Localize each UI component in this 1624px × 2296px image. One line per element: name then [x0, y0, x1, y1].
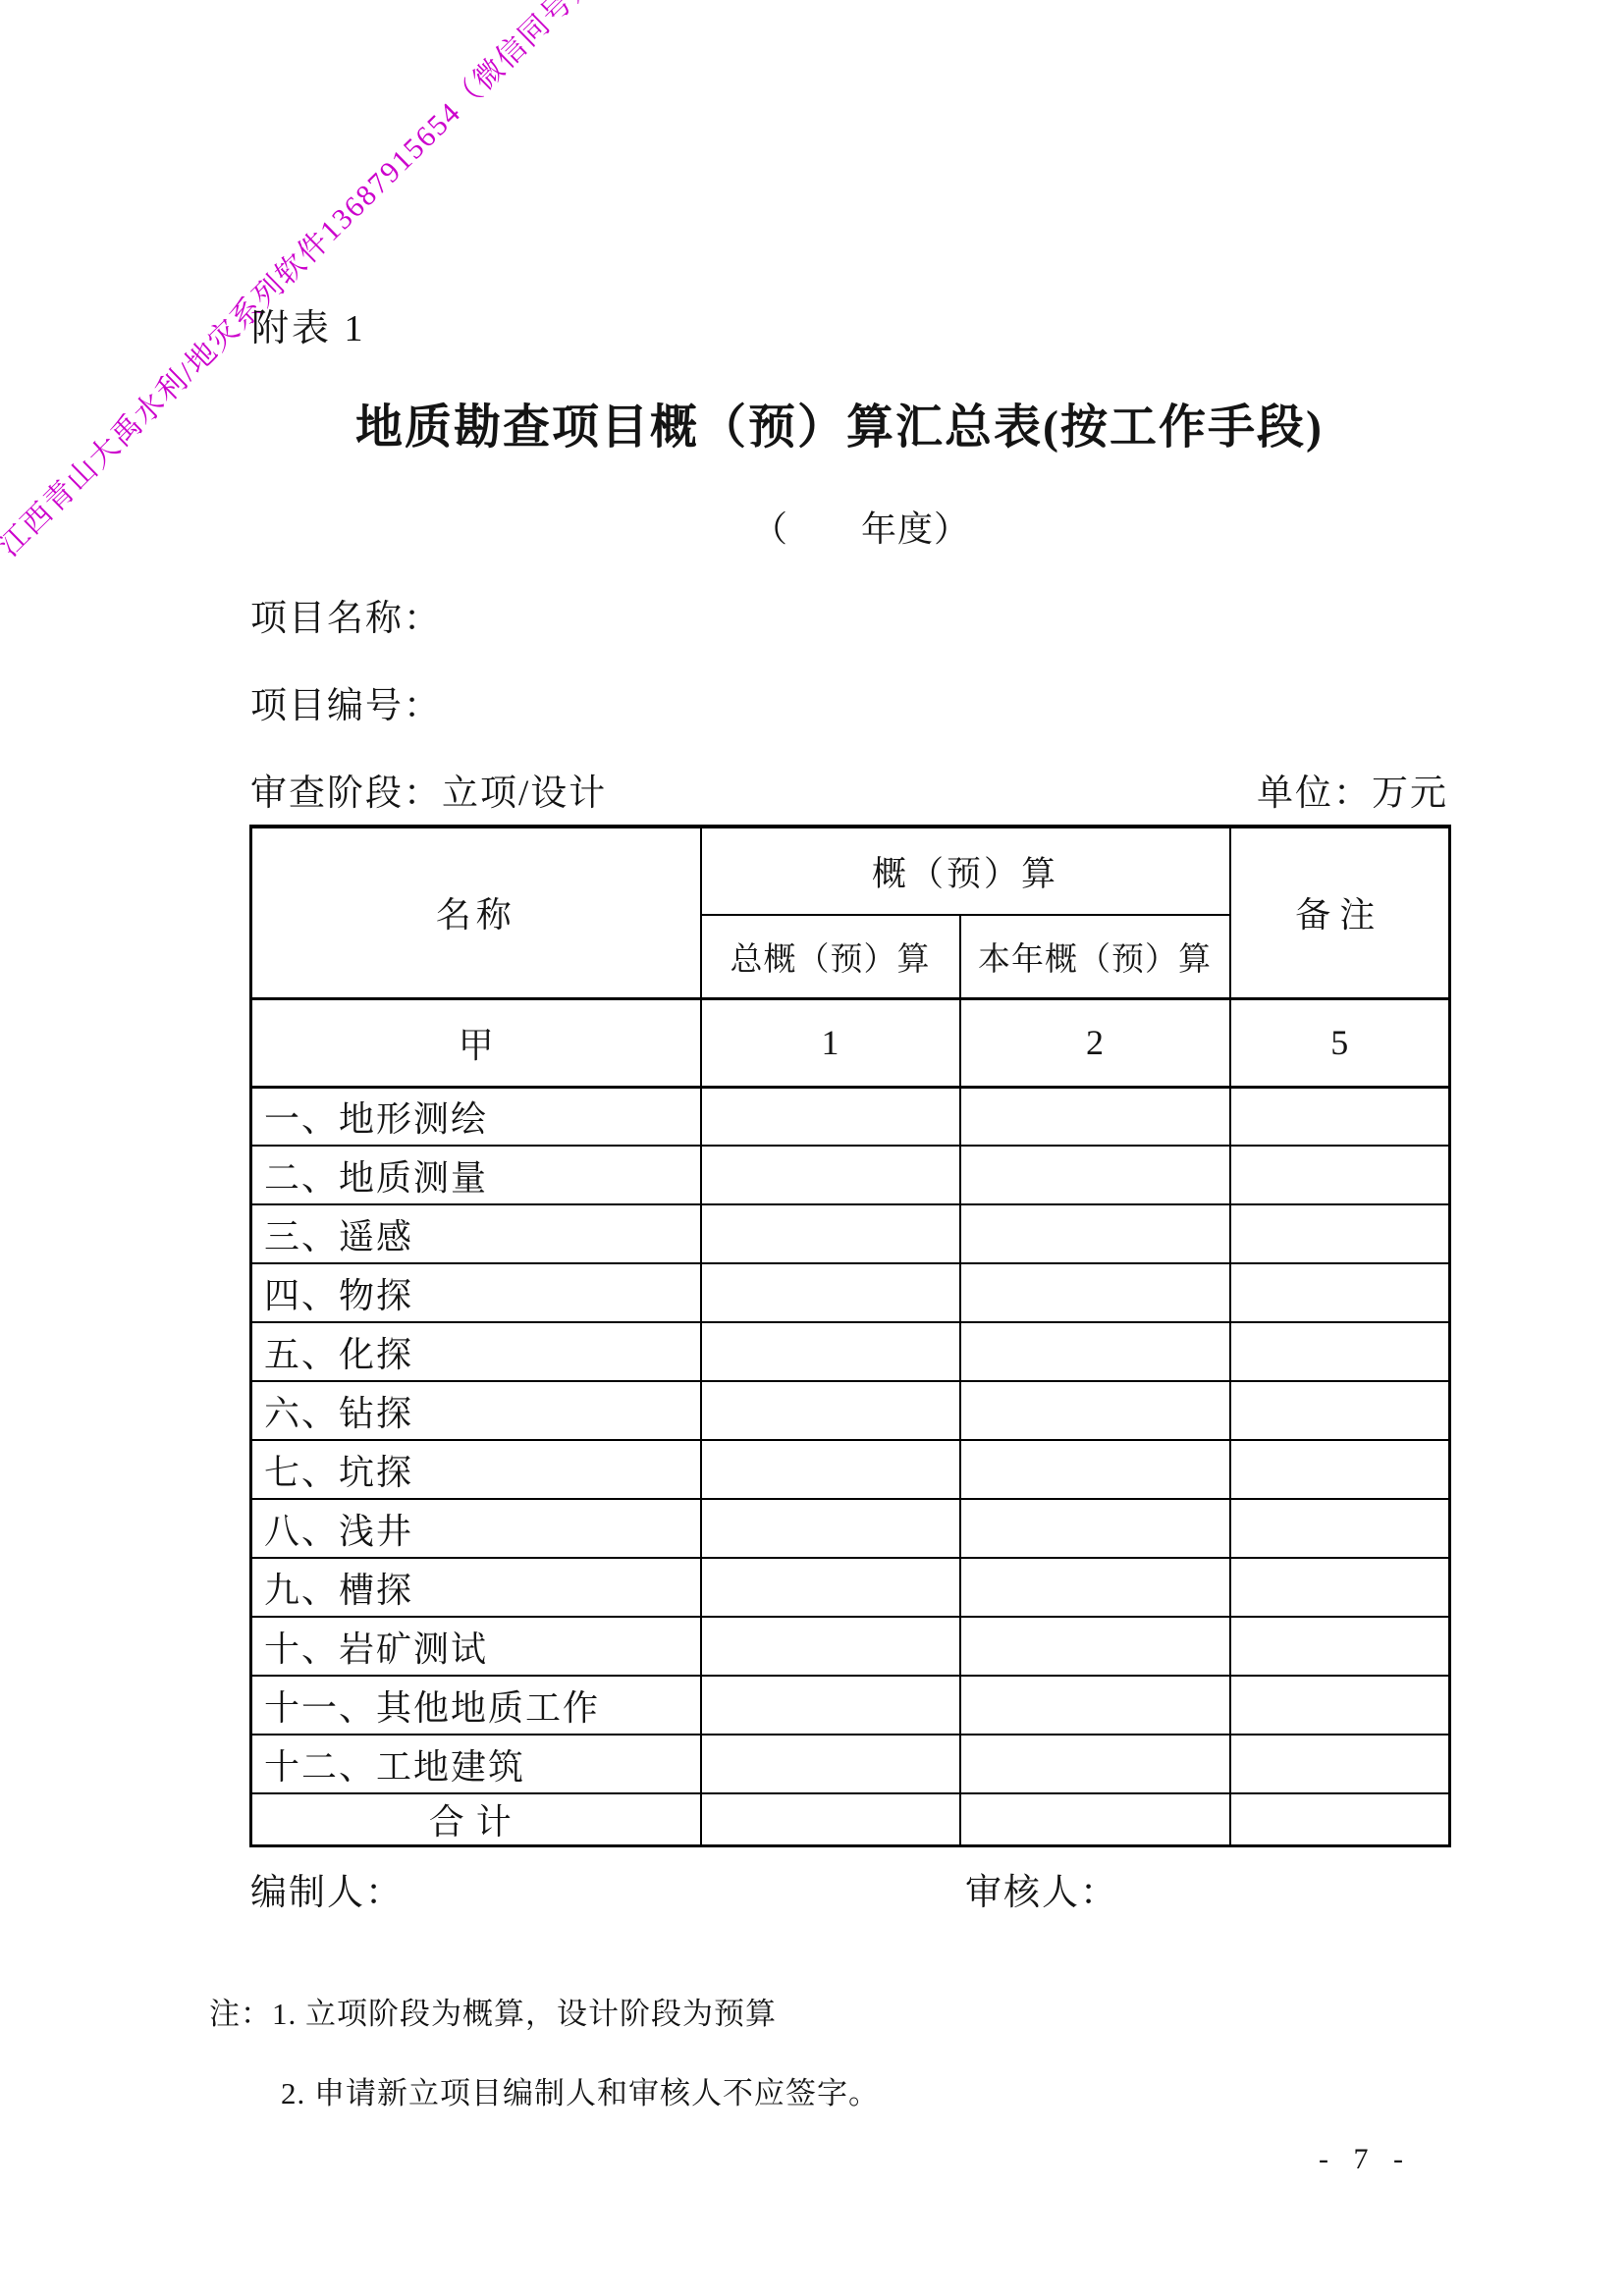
cell-empty — [960, 1263, 1230, 1322]
annex-label: 附表 1 — [251, 297, 366, 351]
cell-empty — [1230, 1558, 1450, 1617]
cell-empty — [1230, 1087, 1450, 1146]
code-cell-remark: 5 — [1230, 998, 1450, 1087]
cell-empty — [1230, 1263, 1450, 1322]
cell-empty — [960, 1381, 1230, 1440]
row-label: 六、钻探 — [251, 1381, 701, 1440]
cell-empty — [960, 1440, 1230, 1499]
cell-empty — [1230, 1735, 1450, 1793]
document-page: 江西青山大禹水利/地灾系列软件13687915654（微信同号） 附表 1 地质… — [0, 0, 1624, 2296]
table-row: 五、化探 — [251, 1322, 1450, 1381]
table-row: 四、物探 — [251, 1263, 1450, 1322]
row-label: 二、地质测量 — [251, 1146, 701, 1204]
cell-empty — [701, 1499, 960, 1558]
cell-empty — [960, 1499, 1230, 1558]
row-label: 五、化探 — [251, 1322, 701, 1381]
project-code-label: 项目编号： — [250, 675, 442, 728]
row-label: 三、遥感 — [251, 1204, 701, 1263]
cell-empty — [960, 1087, 1230, 1146]
cell-empty — [701, 1146, 960, 1204]
table-row: 三、遥感 — [251, 1204, 1450, 1263]
watermark-text: 江西青山大禹水利/地灾系列软件13687915654（微信同号） — [0, 0, 604, 564]
note-line-1: 注：1. 立项阶段为概算，设计阶段为预算 — [209, 1989, 777, 2033]
row-label: 四、物探 — [251, 1263, 701, 1322]
table-row: 八、浅井 — [251, 1499, 1450, 1558]
cell-empty — [1230, 1322, 1450, 1381]
table-row: 十、岩矿测试 — [251, 1617, 1450, 1676]
header-cell-remark: 备注 — [1230, 827, 1450, 998]
cell-empty — [960, 1558, 1230, 1617]
table-row: 二、地质测量 — [251, 1146, 1450, 1204]
cell-empty — [701, 1381, 960, 1440]
total-row-label: 合计 — [251, 1793, 701, 1846]
table-header-row-group: 名称 概（预）算 备注 — [251, 827, 1450, 915]
budget-summary-table: 名称 概（预）算 备注 总概（预）算 本年概（预）算 甲 1 2 5 一、地形测… — [249, 825, 1451, 1847]
cell-empty — [701, 1735, 960, 1793]
row-label: 七、坑探 — [251, 1440, 701, 1499]
table-code-row: 甲 1 2 5 — [251, 998, 1450, 1087]
row-label: 十二、工地建筑 — [251, 1735, 701, 1793]
header-cell-year-budget: 本年概（预）算 — [960, 915, 1230, 998]
row-label: 十、岩矿测试 — [251, 1617, 701, 1676]
note-line-2: 2. 申请新立项目编制人和审核人不应签字。 — [281, 2068, 880, 2112]
table-row: 一、地形测绘 — [251, 1087, 1450, 1146]
row-label: 一、地形测绘 — [251, 1087, 701, 1146]
cell-empty — [701, 1558, 960, 1617]
cell-empty — [1230, 1146, 1450, 1204]
cell-empty — [701, 1204, 960, 1263]
cell-empty — [960, 1793, 1230, 1846]
page-number: - 7 - — [1319, 2143, 1412, 2176]
row-label: 八、浅井 — [251, 1499, 701, 1558]
page-title: 地质勘查项目概（预）算汇总表(按工作手段) — [355, 389, 1324, 456]
header-cell-budget-group: 概（预）算 — [701, 827, 1230, 915]
table-row: 十一、其他地质工作 — [251, 1676, 1450, 1735]
cell-empty — [960, 1146, 1230, 1204]
cell-empty — [960, 1322, 1230, 1381]
header-cell-total-budget: 总概（预）算 — [701, 915, 960, 998]
reviewer-label: 审核人： — [965, 1862, 1118, 1915]
table-row: 七、坑探 — [251, 1440, 1450, 1499]
code-cell-total: 1 — [701, 998, 960, 1087]
cell-empty — [960, 1617, 1230, 1676]
row-label: 九、槽探 — [251, 1558, 701, 1617]
cell-empty — [960, 1204, 1230, 1263]
cell-empty — [701, 1676, 960, 1735]
unit-label: 单位：万元 — [1257, 763, 1448, 816]
year-line: （ 年度） — [752, 502, 970, 552]
cell-empty — [1230, 1381, 1450, 1440]
table-total-row: 合计 — [251, 1793, 1450, 1846]
header-cell-name: 名称 — [251, 827, 701, 998]
cell-empty — [701, 1617, 960, 1676]
project-name-label: 项目名称： — [250, 588, 442, 641]
compiler-label: 编制人： — [250, 1862, 404, 1915]
cell-empty — [1230, 1499, 1450, 1558]
cell-empty — [960, 1735, 1230, 1793]
cell-empty — [1230, 1617, 1450, 1676]
code-cell-name: 甲 — [251, 998, 701, 1087]
cell-empty — [1230, 1440, 1450, 1499]
cell-empty — [701, 1322, 960, 1381]
table-row: 九、槽探 — [251, 1558, 1450, 1617]
table-row: 六、钻探 — [251, 1381, 1450, 1440]
cell-empty — [1230, 1676, 1450, 1735]
cell-empty — [701, 1793, 960, 1846]
cell-empty — [960, 1676, 1230, 1735]
cell-empty — [701, 1087, 960, 1146]
row-label: 十一、其他地质工作 — [251, 1676, 701, 1735]
table-row: 十二、工地建筑 — [251, 1735, 1450, 1793]
cell-empty — [1230, 1204, 1450, 1263]
cell-empty — [701, 1440, 960, 1499]
cell-empty — [1230, 1793, 1450, 1846]
code-cell-year: 2 — [960, 998, 1230, 1087]
cell-empty — [701, 1263, 960, 1322]
review-stage-label: 审查阶段：立项/设计 — [250, 763, 607, 816]
